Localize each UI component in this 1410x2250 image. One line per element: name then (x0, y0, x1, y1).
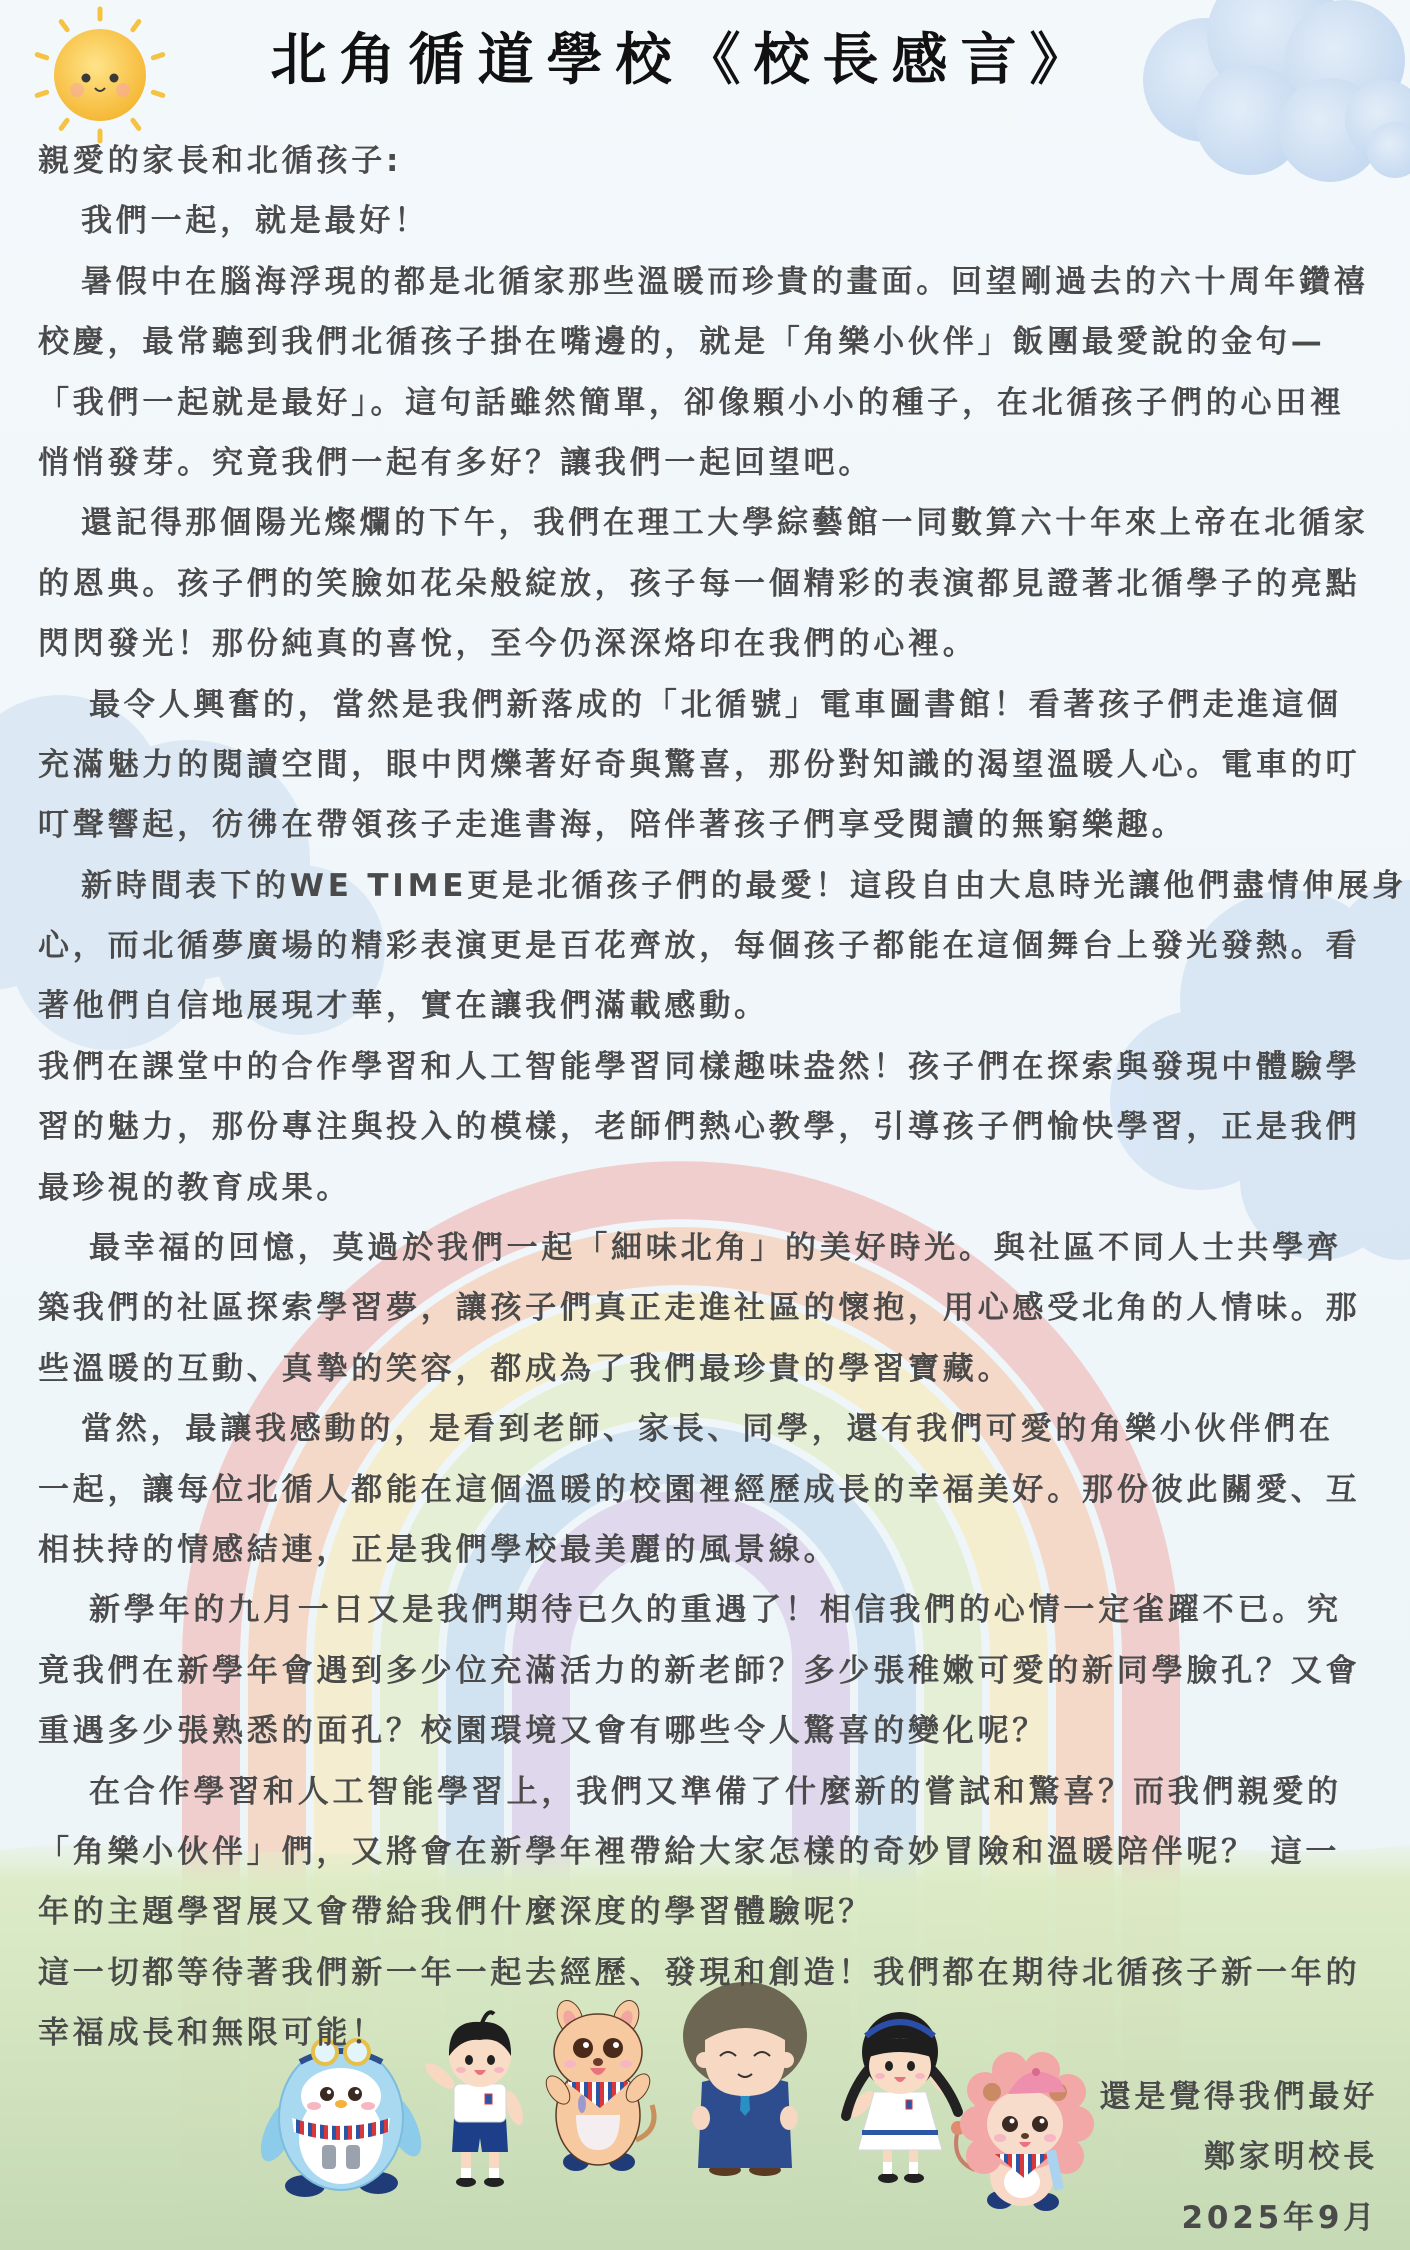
paragraph-line: 最幸福的回憶，莫過於我們一起「細味北角」的美好時光。與社區不同人士共學齊 (38, 1218, 1388, 1278)
paragraph-line: 校慶，最常聽到我們北循孩子掛在嘴邊的，就是「角樂小伙伴」飯團最愛說的金句— (38, 312, 1388, 372)
paragraph-line: 竟我們在新學年會遇到多少位充滿活力的新老師？多少張稚嫩可愛的新同學臉孔？又會 (38, 1641, 1388, 1701)
motto: 我們一起，就是最好！ (38, 191, 1388, 251)
paragraph-line: 一起，讓每位北循人都能在這個溫暖的校園裡經歷成長的幸福美好。那份彼此關愛、互 (38, 1460, 1388, 1520)
paragraph-line: 些溫暖的互動、真摯的笑容，都成為了我們最珍貴的學習寶藏。 (38, 1339, 1388, 1399)
paragraph-line: 「我們一起就是最好」。這句話雖然簡單，卻像顆小小的種子，在北循孩子們的心田裡 (38, 373, 1388, 433)
paragraph-tram-library: 最令人興奮的，當然是我們新落成的「北循號」電車圖書館！看著孩子們走進這個 充滿魅… (38, 675, 1388, 856)
paragraph-line: 暑假中在腦海浮現的都是北循家那些溫暖而珍貴的畫面。回望剛過去的六十周年鑽禧 (38, 252, 1388, 312)
paragraph-we-time: 新時間表下的WE TIME更是北循孩子們的最愛！這段自由大息時光讓他們盡情伸展身… (38, 856, 1388, 1037)
sign-off: 還是覺得我們最好 (1100, 2067, 1378, 2127)
signer-name: 鄭家明校長 (1100, 2127, 1378, 2187)
paragraph-togetherness: 當然，最讓我感動的，是看到老師、家長、同學，還有我們可愛的角樂小伙伴們在 一起，… (38, 1399, 1388, 1580)
paragraph-line: 築我們的社區探索學習夢，讓孩子們真正走進社區的懷抱，用心感受北角的人情味。那 (38, 1278, 1388, 1338)
paragraph-line: 相扶持的情感結連，正是我們學校最美麗的風景線。 (38, 1520, 1388, 1580)
paragraph-new-school-year: 新學年的九月一日又是我們期待已久的重遇了！相信我們的心情一定雀躍不已。究 竟我們… (38, 1580, 1388, 1761)
paragraph-line: 悄悄發芽。究竟我們一起有多好？讓我們一起回望吧。 (38, 433, 1388, 493)
paragraph-line: 當然，最讓我感動的，是看到老師、家長、同學，還有我們可愛的角樂小伙伴們在 (38, 1399, 1388, 1459)
paragraph-line: 「角樂小伙伴」們，又將會在新學年裡帶給大家怎樣的奇妙冒險和溫暖陪伴呢？ 這一 (38, 1822, 1388, 1882)
paragraph-classroom-learning: 我們在課堂中的合作學習和人工智能學習同樣趣味盎然！孩子們在探索與發現中體驗學 習… (38, 1037, 1388, 1218)
paragraph-new-plans: 在合作學習和人工智能學習上，我們又準備了什麼新的嘗試和驚喜？而我們親愛的 「角樂… (38, 1762, 1388, 1943)
signature-block: 還是覺得我們最好 鄭家明校長 2025年9月 (1100, 2067, 1378, 2248)
paragraph-line: 充滿魅力的閱讀空間，眼中閃爍著好奇與驚喜，那份對知識的渴望溫暖人心。電車的叮 (38, 735, 1388, 795)
paragraph-summer-memories: 暑假中在腦海浮現的都是北循家那些溫暖而珍貴的畫面。回望剛過去的六十周年鑽禧 校慶… (38, 252, 1388, 494)
paragraph-line: 新學年的九月一日又是我們期待已久的重遇了！相信我們的心情一定雀躍不已。究 (38, 1580, 1388, 1640)
paragraph-line: 新時間表下的WE TIME更是北循孩子們的最愛！這段自由大息時光讓他們盡情伸展身 (38, 856, 1388, 916)
paragraph-line: 年的主題學習展又會帶給我們什麼深度的學習體驗呢？ (38, 1882, 1388, 1942)
paragraph-line: 在合作學習和人工智能學習上，我們又準備了什麼新的嘗試和驚喜？而我們親愛的 (38, 1762, 1388, 1822)
paragraph-line: 重遇多少張熟悉的面孔？校園環境又會有哪些令人驚喜的變化呢？ (38, 1701, 1388, 1761)
paragraph-line: 閃閃發光！那份純真的喜悅，至今仍深深烙印在我們的心裡。 (38, 614, 1388, 674)
paragraph-line: 心，而北循夢廣場的精彩表演更是百花齊放，每個孩子都能在這個舞台上發光發熱。看 (38, 916, 1388, 976)
paragraph-line: 叮聲響起，彷彿在帶領孩子走進書海，陪伴著孩子們享受閱讀的無窮樂趣。 (38, 795, 1388, 855)
paragraph-line: 著他們自信地展現才華，實在讓我們滿載感動。 (38, 976, 1388, 1036)
lion-mascot-illustration (951, 2052, 1094, 2211)
paragraph-anniversary: 還記得那個陽光燦爛的下午，我們在理工大學綜藝館一同數算六十年來上帝在北循家 的恩… (38, 493, 1388, 674)
paragraph-line: 習的魅力，那份專注與投入的模樣，老師們熱心教學，引導孩子們愉快學習，正是我們 (38, 1097, 1388, 1157)
letter-date: 2025年9月 (1100, 2188, 1378, 2248)
penguin-mascot-illustration (253, 2040, 429, 2197)
paragraph-line: 的恩典。孩子們的笑臉如花朵般綻放，孩子每一個精彩的表演都見證著北循學子的亮點 (38, 554, 1388, 614)
paragraph-closing: 這一切都等待著我們新一年一起去經歷、發現和創造！我們都在期待北循孩子新一年的 幸… (38, 1943, 1388, 2064)
paragraph-line: 這一切都等待著我們新一年一起去經歷、發現和創造！我們都在期待北循孩子新一年的 (38, 1943, 1388, 2003)
greeting: 親愛的家長和北循孩子: (38, 131, 1388, 191)
paragraph-line: 我們在課堂中的合作學習和人工智能學習同樣趣味盎然！孩子們在探索與發現中體驗學 (38, 1037, 1388, 1097)
paragraph-line: 最珍視的教育成果。 (38, 1158, 1388, 1218)
page-title: 北角循道學校《校長感言》 (0, 20, 1356, 100)
paragraph-community: 最幸福的回憶，莫過於我們一起「細味北角」的美好時光。與社區不同人士共學齊 築我們… (38, 1218, 1388, 1399)
paragraph-line: 幸福成長和無限可能！ (38, 2003, 1388, 2063)
paragraph-line: 最令人興奮的，當然是我們新落成的「北循號」電車圖書館！看著孩子們走進這個 (38, 675, 1388, 735)
paragraph-line: 還記得那個陽光燦爛的下午，我們在理工大學綜藝館一同數算六十年來上帝在北循家 (38, 493, 1388, 553)
letter-body: 親愛的家長和北循孩子: 我們一起，就是最好！ 暑假中在腦海浮現的都是北循家那些溫… (38, 131, 1388, 2064)
